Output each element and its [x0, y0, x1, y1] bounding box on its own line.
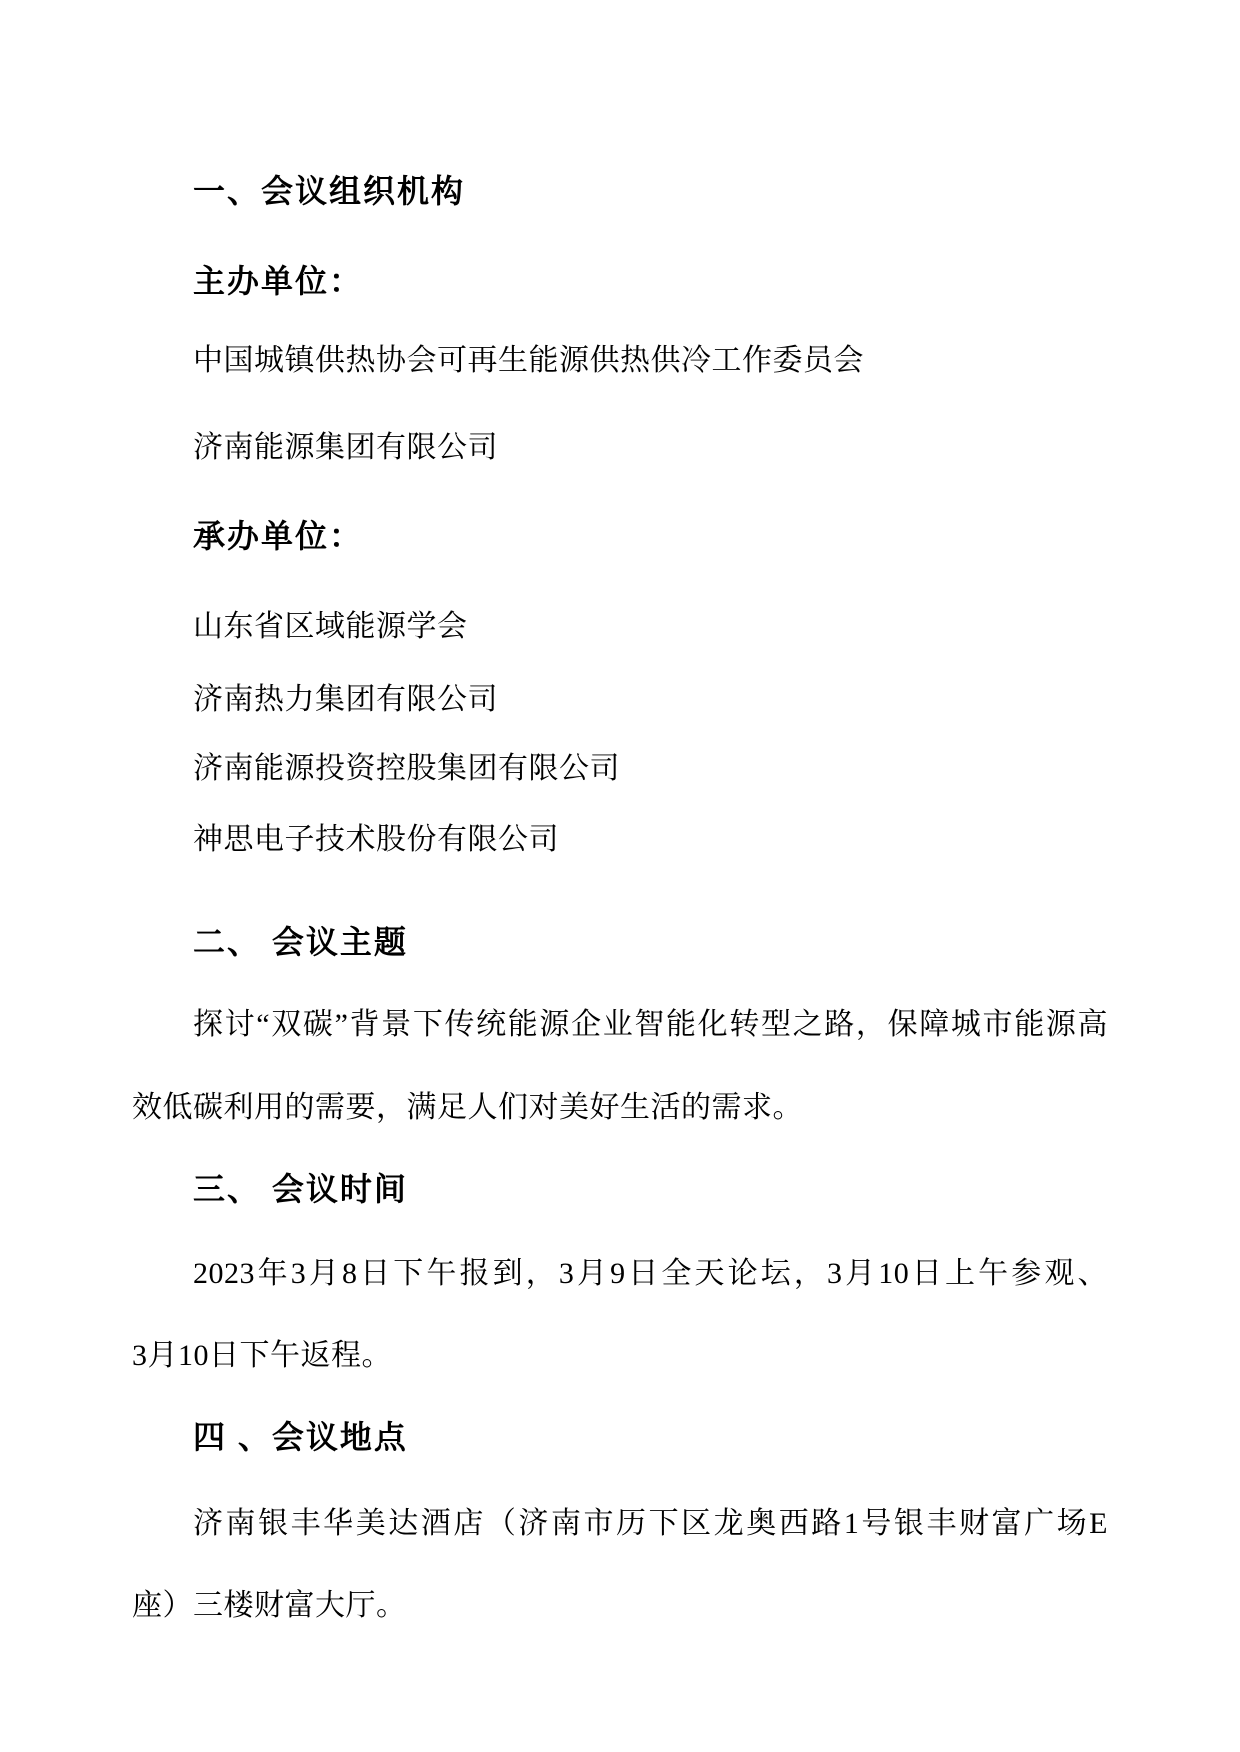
- host-unit-item: 中国城镇供热协会可再生能源供热供冷工作委员会: [193, 342, 864, 380]
- time-paragraph-line: 2023年3月8日下午报到，3月9日全天论坛，3月10日上午参观、: [132, 1255, 1108, 1293]
- section-1-heading: 一、会议组织机构: [193, 172, 465, 210]
- location-paragraph-line: 座）三楼财富大厅。: [132, 1587, 407, 1625]
- organizer-unit-item: 神思电子技术股份有限公司: [193, 821, 559, 859]
- section-3-heading: 三、 会议时间: [193, 1170, 408, 1208]
- theme-paragraph-line: 探讨“双碳”背景下传统能源企业智能化转型之路，保障城市能源高: [132, 1006, 1108, 1044]
- section-2-heading: 二、 会议主题: [193, 923, 408, 961]
- organizer-unit-item: 山东省区域能源学会: [193, 608, 468, 646]
- time-paragraph-line: 3月10日下午返程。: [132, 1337, 392, 1375]
- document-page: 一、会议组织机构 主办单位： 中国城镇供热协会可再生能源供热供冷工作委员会 济南…: [0, 0, 1240, 1752]
- organizer-unit-item: 济南热力集团有限公司: [193, 681, 498, 719]
- theme-paragraph-line: 效低碳利用的需要，满足人们对美好生活的需求。: [132, 1089, 803, 1127]
- organizer-unit-item: 济南能源投资控股集团有限公司: [193, 750, 620, 788]
- host-units-label: 主办单位：: [193, 262, 363, 300]
- section-4-heading: 四 、会议地点: [193, 1418, 408, 1456]
- location-paragraph-line: 济南银丰华美达酒店（济南市历下区龙奥西路1号银丰财富广场E: [132, 1505, 1108, 1543]
- organizer-units-label: 承办单位：: [193, 517, 363, 555]
- host-unit-item: 济南能源集团有限公司: [193, 429, 498, 467]
